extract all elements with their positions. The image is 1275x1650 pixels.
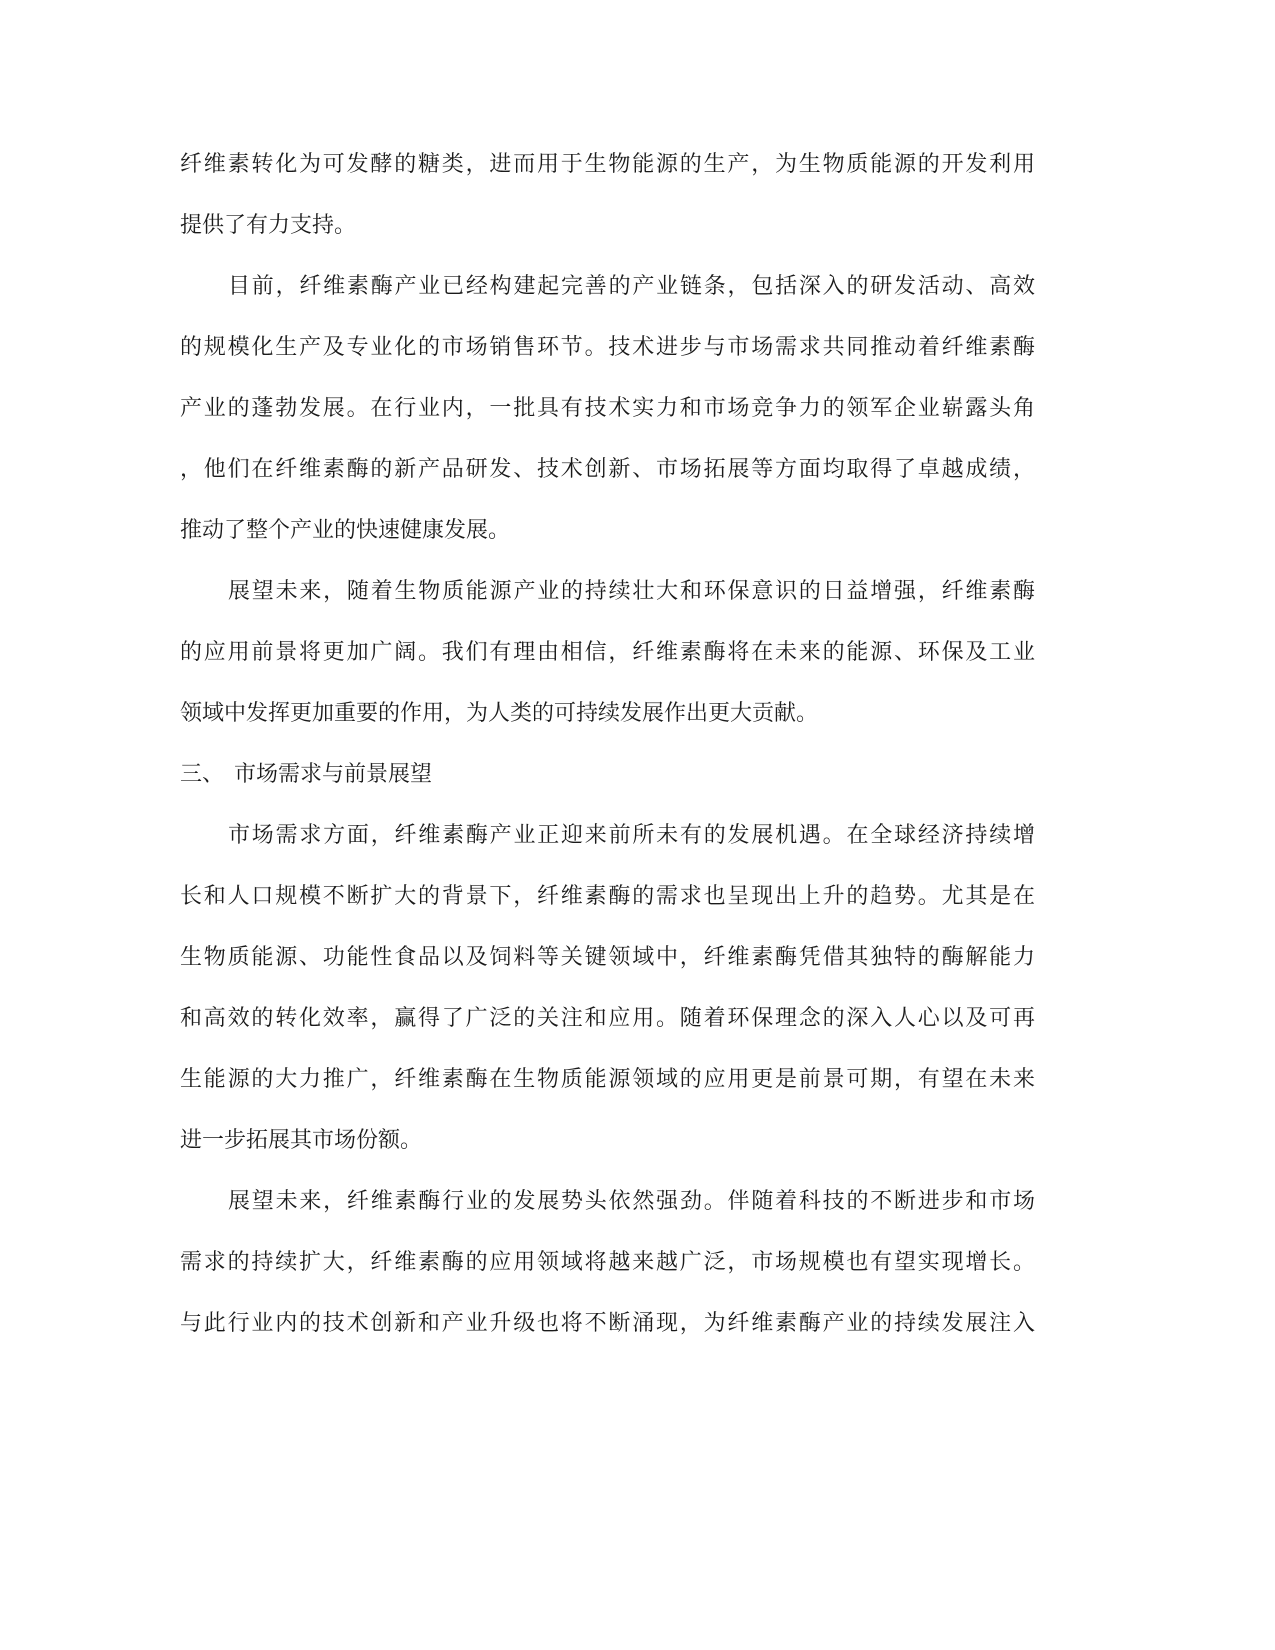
text-line: 进一步拓展其市场份额。 [180, 1126, 1035, 1156]
text-line: 的应用前景将更加广阔。我们有理由相信，纤维素酶将在未来的能源、环保及工业 [180, 638, 1035, 668]
text-line: 与此行业内的技术创新和产业升级也将不断涌现，为纤维素酶产业的持续发展注入 [180, 1309, 1035, 1339]
section-title: 市场需求与前景展望 [234, 762, 432, 787]
text-line: 目前，纤维素酶产业已经构建起完善的产业链条，包括深入的研发活动、高效 [228, 272, 1035, 302]
text-line: 领域中发挥更加重要的作用，为人类的可持续发展作出更大贡献。 [180, 699, 1035, 729]
text-line: 展望未来，随着生物质能源产业的持续壮大和环保意识的日益增强，纤维素酶 [228, 577, 1035, 607]
text-line: 需求的持续扩大，纤维素酶的应用领域将越来越广泛，市场规模也有望实现增长。 [180, 1248, 1035, 1278]
text-line: ，他们在纤维素酶的新产品研发、技术创新、市场拓展等方面均取得了卓越成绩， [180, 455, 1035, 485]
text-line: 的规模化生产及专业化的市场销售环节。技术进步与市场需求共同推动着纤维素酶 [180, 333, 1035, 363]
text-line: 和高效的转化效率，赢得了广泛的关注和应用。随着环保理念的深入人心以及可再 [180, 1004, 1035, 1034]
section-number: 三、 [180, 760, 234, 790]
text-line: 纤维素转化为可发酵的糖类，进而用于生物能源的生产，为生物质能源的开发利用 [180, 150, 1035, 180]
text-line: 生物质能源、功能性食品以及饲料等关键领域中，纤维素酶凭借其独特的酶解能力 [180, 943, 1035, 973]
text-line: 产业的蓬勃发展。在行业内，一批具有技术实力和市场竞争力的领军企业崭露头角 [180, 394, 1035, 424]
text-line: 市场需求方面，纤维素酶产业正迎来前所未有的发展机遇。在全球经济持续增 [228, 821, 1035, 851]
text-line: 提供了有力支持。 [180, 211, 1035, 241]
text-line: 推动了整个产业的快速健康发展。 [180, 516, 1035, 546]
text-line: 生能源的大力推广，纤维素酶在生物质能源领域的应用更是前景可期，有望在未来 [180, 1065, 1035, 1095]
text-line: 长和人口规模不断扩大的背景下，纤维素酶的需求也呈现出上升的趋势。尤其是在 [180, 882, 1035, 912]
text-line: 展望未来，纤维素酶行业的发展势头依然强劲。伴随着科技的不断进步和市场 [228, 1187, 1035, 1217]
document-page: 纤维素转化为可发酵的糖类，进而用于生物能源的生产，为生物质能源的开发利用 提供了… [0, 0, 1275, 1650]
section-heading: 三、市场需求与前景展望 [180, 760, 432, 790]
